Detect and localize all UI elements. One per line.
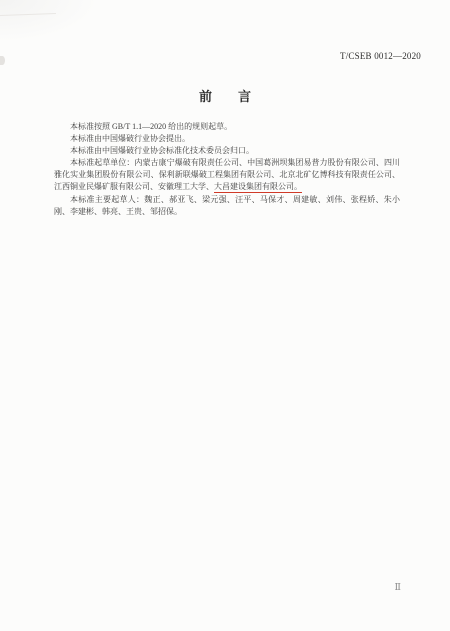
scan-artifact-smudge bbox=[0, 56, 5, 65]
paragraph-proposed-by: 本标准由中国爆破行业协会提出。 bbox=[54, 133, 400, 145]
scan-artifact-line bbox=[0, 13, 56, 16]
page-number: Ⅱ bbox=[395, 582, 401, 593]
paragraph-centralized-by: 本标准由中国爆破行业协会标准化技术委员会归口。 bbox=[54, 145, 400, 157]
page-title: 前 言 bbox=[0, 86, 450, 105]
foreword-body: 本标准按照 GB/T 1.1—2020 给出的规则起草。 本标准由中国爆破行业协… bbox=[54, 121, 400, 218]
paragraph-drafting-units: 本标准起草单位：内蒙古康宁爆破有限责任公司、中国葛洲坝集团易普力股份有限公司、四… bbox=[54, 157, 400, 193]
paragraph-drafting-basis: 本标准按照 GB/T 1.1—2020 给出的规则起草。 bbox=[54, 121, 400, 133]
standard-number: T/CSEB 0012—2020 bbox=[340, 51, 421, 61]
paragraph-main-drafters: 本标准主要起草人：魏正、郝亚飞、梁元强、汪平、马保才、周建敏、刘伟、张程娇、朱小… bbox=[54, 194, 400, 218]
document-page: T/CSEB 0012—2020 前 言 本标准按照 GB/T 1.1—2020… bbox=[0, 0, 450, 631]
red-underline-highlight: 大昌建设集团有限公司。 bbox=[214, 182, 302, 193]
